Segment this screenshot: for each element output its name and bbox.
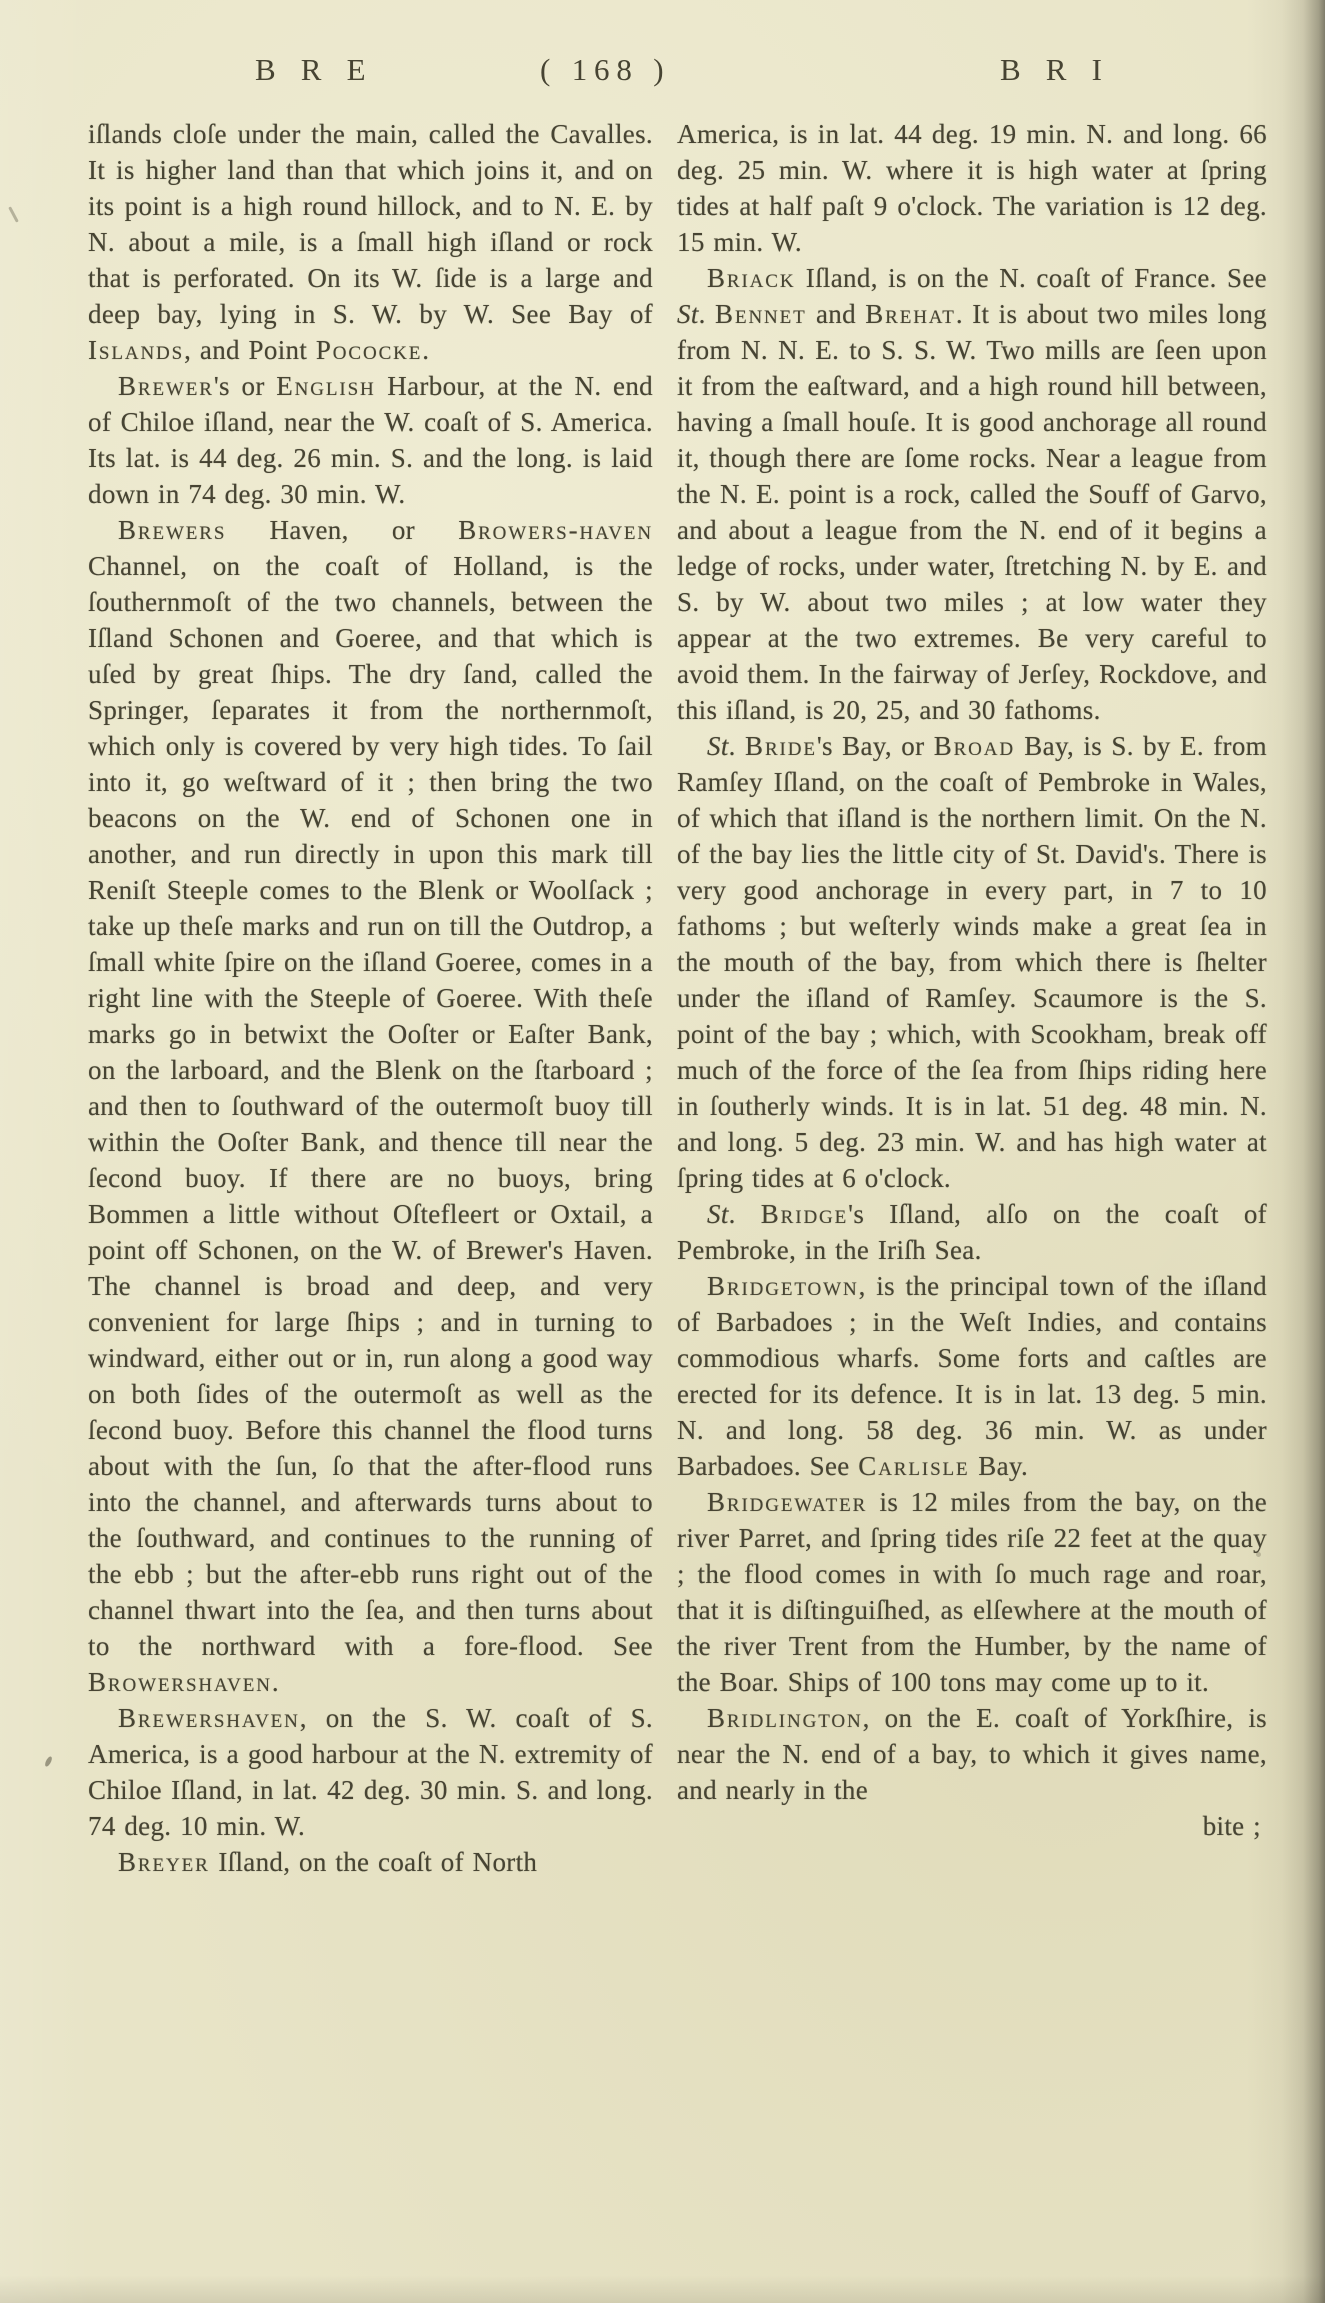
text-segment: Iſland, on the coaſt of North bbox=[210, 1847, 538, 1877]
text-segment: . bbox=[699, 299, 715, 329]
text-segment: Carlisle bbox=[858, 1451, 969, 1481]
text-segment: Bay, is S. by E. from Ramſey Iſland, on … bbox=[677, 731, 1267, 1193]
text-segment: Brewers bbox=[118, 515, 226, 545]
text-segment: St bbox=[707, 1199, 729, 1229]
text-segment: is 12 miles from the bay, on the river P… bbox=[677, 1487, 1267, 1697]
text-segment: Iſland, is on the N. coaſt of France. Se… bbox=[795, 263, 1267, 293]
text-segment: Bridgetown bbox=[707, 1271, 859, 1301]
text-segment: Channel, on the coaſt of Holland, is the… bbox=[88, 551, 653, 1661]
text-segment: Brewer bbox=[118, 371, 214, 401]
running-head-left: B R E bbox=[255, 52, 374, 88]
text-segment: Bride bbox=[745, 731, 817, 761]
text-segment: , and Point bbox=[184, 335, 316, 365]
paragraph: St. Bridge's Iſland, alſo on the coaſt o… bbox=[677, 1196, 1267, 1268]
text-segment: Brewershaven bbox=[118, 1703, 300, 1733]
text-segment: St bbox=[677, 299, 699, 329]
paragraph: Bridgewater is 12 miles from the bay, on… bbox=[677, 1484, 1267, 1700]
paragraph: Briack Iſland, is on the N. coaſt of Fra… bbox=[677, 260, 1267, 728]
paragraph: Bridgetown, is the principal town of the… bbox=[677, 1268, 1267, 1484]
text-segment: Bridge bbox=[761, 1199, 848, 1229]
book-page: B R E ( 168 ) B R I iſlands cloſe under … bbox=[0, 0, 1325, 2303]
text-segment: Broad bbox=[934, 731, 1015, 761]
text-segment: Pococke bbox=[316, 335, 422, 365]
catchword: bite ; bbox=[677, 1808, 1267, 1844]
page-number: ( 168 ) bbox=[540, 52, 670, 88]
text-segment: iſlands cloſe under the main, called the… bbox=[88, 119, 653, 329]
scan-speckle bbox=[44, 1755, 53, 1767]
text-segment: Haven, or bbox=[226, 515, 458, 545]
paragraph: Breyer Iſland, on the coaſt of North bbox=[88, 1844, 653, 1880]
text-segment: Bay. bbox=[970, 1451, 1028, 1481]
running-head-right: B R I bbox=[1000, 52, 1111, 88]
text-segment: English bbox=[276, 371, 375, 401]
paragraph: St. Bride's Bay, or Broad Bay, is S. by … bbox=[677, 728, 1267, 1196]
text-segment: Briack bbox=[707, 263, 795, 293]
left-column-paragraphs: iſlands cloſe under the main, called the… bbox=[88, 116, 653, 1880]
right-column-paragraphs: America, is in lat. 44 deg. 19 min. N. a… bbox=[677, 116, 1267, 1808]
scan-speckle bbox=[8, 206, 19, 222]
text-segment: Brehat bbox=[865, 299, 956, 329]
text-segment: . bbox=[729, 731, 745, 761]
text-segment: . bbox=[422, 335, 429, 365]
text-segment: Browers-haven bbox=[458, 515, 653, 545]
text-segment: Bridgewater bbox=[707, 1487, 867, 1517]
text-segment: Browershaven bbox=[88, 1667, 272, 1697]
paragraph: iſlands cloſe under the main, called the… bbox=[88, 116, 653, 368]
text-segment: Bridlington bbox=[707, 1703, 863, 1733]
text-segment: . bbox=[272, 1667, 279, 1697]
paragraph: Brewer's or English Harbour, at the N. e… bbox=[88, 368, 653, 512]
text-segment: 's or bbox=[214, 371, 276, 401]
text-segment: Breyer bbox=[118, 1847, 210, 1877]
text-segment: 's Bay, or bbox=[817, 731, 934, 761]
paragraph: America, is in lat. 44 deg. 19 min. N. a… bbox=[677, 116, 1267, 260]
paragraph: Bridlington, on the E. coaſt of Yorkſhir… bbox=[677, 1700, 1267, 1808]
text-segment: . It is about two miles long from N. N. … bbox=[677, 299, 1267, 725]
text-segment: Bennet bbox=[715, 299, 807, 329]
right-column: America, is in lat. 44 deg. 19 min. N. a… bbox=[677, 116, 1267, 1880]
text-segment: St bbox=[707, 731, 729, 761]
paragraph: Brewers Haven, or Browers-haven Channel,… bbox=[88, 512, 653, 1700]
text-segment: . bbox=[729, 1199, 761, 1229]
paragraph: Brewershaven, on the S. W. coaſt of S. A… bbox=[88, 1700, 653, 1844]
text-segment: and bbox=[807, 299, 866, 329]
text-segment: America, is in lat. 44 deg. 19 min. N. a… bbox=[677, 119, 1267, 257]
text-columns: iſlands cloſe under the main, called the… bbox=[88, 116, 1267, 1880]
left-column: iſlands cloſe under the main, called the… bbox=[88, 116, 653, 1880]
text-segment: , is the principal town of the iſland of… bbox=[677, 1271, 1267, 1481]
text-segment: Islands bbox=[88, 335, 184, 365]
page-header: B R E ( 168 ) B R I bbox=[88, 46, 1267, 98]
